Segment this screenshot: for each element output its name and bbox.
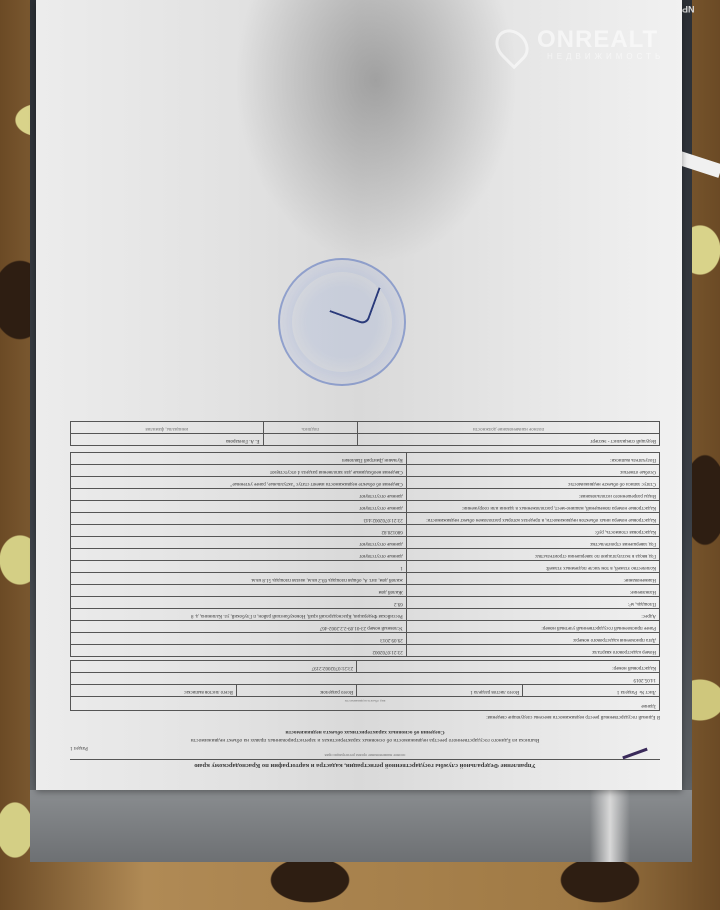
row-label: Ранее присвоенный государственный учетны… <box>406 621 659 633</box>
document-intro: В Единый государственный реестр недвижим… <box>70 714 660 719</box>
row-value: Сведения об объекте недвижимости имеют с… <box>71 477 407 489</box>
row-value: 1 <box>71 561 407 573</box>
total-sections: Всего разделов: <box>236 685 356 697</box>
characteristics-table: Номер кадастрового квартала:23:21:070200… <box>70 452 660 657</box>
row-label: Виды разрешенного использования: <box>406 489 659 501</box>
folder-shine <box>590 790 630 862</box>
row-value: Кузьмин Дмитрий Павлович <box>71 453 407 465</box>
table-row: Назначение:Жилой дом <box>71 585 660 597</box>
name-note: инициалы, фамилия <box>71 422 264 434</box>
document-header-note: полное наименование органа регистрации п… <box>70 753 660 758</box>
object-type-note: вид объекта недвижимости <box>74 699 656 703</box>
table-row: Дата присвоения кадастрового номера:29.0… <box>71 633 660 645</box>
table-row: Виды разрешенного использования:данные о… <box>71 489 660 501</box>
row-label: Год завершения строительства: <box>406 537 659 549</box>
row-label: Кадастровые номера помещений, машино-мес… <box>406 501 659 513</box>
section-label: Раздел 1 <box>70 745 660 750</box>
row-label: Дата присвоения кадастрового номера: <box>406 633 659 645</box>
row-label: Площадь, м²: <box>406 597 659 609</box>
section-value: 1 <box>617 689 620 694</box>
position-note: полное наименование должности <box>358 422 660 434</box>
row-label: Особые отметки: <box>406 465 659 477</box>
signer-signature <box>263 434 358 446</box>
table-row: Номер кадастрового квартала:23:21:070200… <box>71 645 660 657</box>
object-type: Здание вид объекта недвижимости <box>71 697 660 711</box>
row-value: 23:21:0702002:443 <box>71 513 407 525</box>
document-subtitle: Сведения об основных характеристиках объ… <box>70 729 660 735</box>
row-value: Сведения необходимые для заполнения разд… <box>71 465 407 477</box>
document-header: Управление Федеральной службы государств… <box>70 759 660 775</box>
row-value: данные отсутствуют <box>71 501 407 513</box>
table-row: Кадастровая стоимость, руб:680120.82 <box>71 525 660 537</box>
row-value: 29.09.2013 <box>71 633 407 645</box>
table-row: Год ввода в эксплуатацию по завершении с… <box>71 549 660 561</box>
table-row: Площадь, м²:69.2 <box>71 597 660 609</box>
sheet-label: Лист № <box>640 689 657 694</box>
total-sheets-section: Всего листов раздела 1 <box>357 685 523 697</box>
signature-note: подпись <box>263 422 358 434</box>
document-date: 14.05.2019 <box>71 673 660 685</box>
signature-table: Ведущий специалист - эксперт Е. А. Гонча… <box>70 421 660 446</box>
row-value: данные отсутствуют <box>71 537 407 549</box>
row-label: Кадастровая стоимость, руб: <box>406 525 659 537</box>
signer-name: Е. А. Гончарова <box>71 434 264 446</box>
table-row: Адрес:Российская Федерация, Краснодарски… <box>71 609 660 621</box>
table-row: Статус записи об объекте недвижимости:Св… <box>71 477 660 489</box>
cadastral-value: 23:21:0702002:2197 <box>71 661 357 673</box>
meta-table: Здание вид объекта недвижимости Лист № Р… <box>70 660 660 711</box>
row-value: жилой дом, лит. А, общая площадь 69.2 кв… <box>71 573 407 585</box>
table-row: Наименование:жилой дом, лит. А, общая пл… <box>71 573 660 585</box>
folder-label: NP <box>682 4 695 14</box>
document-title: Выписка из Единого государственного реес… <box>70 737 660 743</box>
row-value: 69.2 <box>71 597 407 609</box>
row-value: 23:21:0702002 <box>71 645 407 657</box>
row-value: Жилой дом <box>71 585 407 597</box>
row-label: Адрес: <box>406 609 659 621</box>
table-row: Кадастровые номера помещений, машино-мес… <box>71 501 660 513</box>
row-label: Статус записи об объекте недвижимости: <box>406 477 659 489</box>
signer-position: Ведущий специалист - эксперт <box>358 434 660 446</box>
table-row: Кадастровые номера иных объектов недвижи… <box>71 513 660 525</box>
row-label: Год ввода в эксплуатацию по завершении с… <box>406 549 659 561</box>
row-label: Назначение: <box>406 585 659 597</box>
row-value: данные отсутствуют <box>71 489 407 501</box>
cadastral-label: Кадастровый номер: <box>357 661 660 673</box>
sheet-number: Лист № Раздела 1 <box>523 685 660 697</box>
table-row: Ранее присвоенный государственный учетны… <box>71 621 660 633</box>
total-sheets-section-value: 1 <box>470 689 473 694</box>
row-label: Количество этажей, в том числе подземных… <box>406 561 659 573</box>
table-row: Получатель выписки:Кузьмин Дмитрий Павло… <box>71 453 660 465</box>
row-value: Российская Федерация, Краснодарский край… <box>71 609 407 621</box>
row-value: 680120.82 <box>71 525 407 537</box>
row-label: Номер кадастрового квартала: <box>406 645 659 657</box>
section-label-small: Раздела <box>621 689 637 694</box>
table-row: Год завершения строительства:данные отсу… <box>71 537 660 549</box>
watermark: ONREALT НЕДВИЖИМОСТЬ <box>497 26 664 61</box>
table-row: Количество этажей, в том числе подземных… <box>71 561 660 573</box>
total-sheets-section-label: Всего листов раздела <box>474 689 519 694</box>
row-label: Кадастровые номера иных объектов недвижи… <box>406 513 659 525</box>
object-type-value: Здание <box>641 703 656 708</box>
row-value: Условный номер 23-01.09-2.2.2002-467 <box>71 621 407 633</box>
row-label: Наименование: <box>406 573 659 585</box>
total-sheets: Всего листов выписки: <box>71 685 237 697</box>
row-value: данные отсутствуют <box>71 549 407 561</box>
row-label: Получатель выписки: <box>406 453 659 465</box>
table-row: Особые отметки:Сведения необходимые для … <box>71 465 660 477</box>
